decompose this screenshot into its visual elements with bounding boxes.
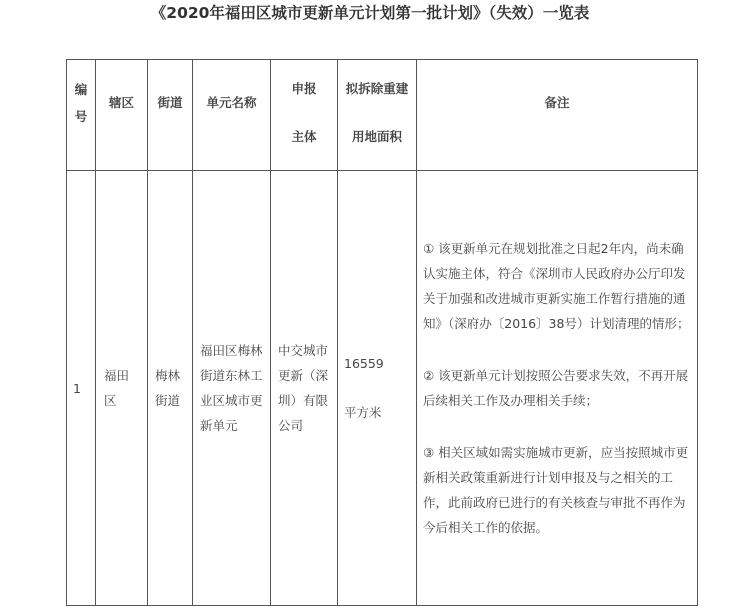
- header-unit-name-label: 单元名称: [193, 93, 270, 113]
- remark-item-2: ② 该更新单元计划按照公告要求失效，不再开展后续相关工作及办理相关手续；: [423, 363, 691, 413]
- header-remarks-label: 备注: [417, 93, 697, 113]
- cell-area: 16559 平方米: [338, 171, 417, 606]
- cell-applicant-text: 中交城市更新（深圳）有限公司: [278, 343, 328, 433]
- cell-unit-name-text: 福田区梅林街道东林工业区城市更新单元: [200, 343, 263, 433]
- header-applicant-line2: 主体: [291, 129, 316, 144]
- cell-district: 福田区: [96, 171, 148, 606]
- table-row: 1 福田区 梅林街道 福田区梅林街道东林工业区城市更新单元 中交城市更新（深圳）…: [67, 171, 698, 606]
- header-unit-name: 单元名称: [193, 60, 271, 171]
- cell-applicant: 中交城市更新（深圳）有限公司: [271, 171, 338, 606]
- cell-street-text: 梅林街道: [155, 368, 180, 408]
- table-header-row: 编号 辖区 街道 单元名称 申报 主体 拟拆除重建: [67, 60, 698, 171]
- cell-unit-name: 福田区梅林街道东林工业区城市更新单元: [193, 171, 271, 606]
- header-street-label: 街道: [148, 93, 192, 113]
- remark-item-3: ③ 相关区域如需实施城市更新，应当按照城市更新相关政策重新进行计划申报及与之相关…: [423, 440, 691, 540]
- plan-table: 编号 辖区 街道 单元名称 申报 主体 拟拆除重建: [66, 59, 698, 606]
- header-applicant: 申报 主体: [271, 60, 338, 171]
- remark-item-1: ① 该更新单元在规划批准之日起2年内，尚未确认实施主体，符合《深圳市人民政府办公…: [423, 236, 691, 336]
- header-area-line1: 拟拆除重建: [346, 81, 409, 96]
- cell-district-text: 福田区: [104, 368, 129, 408]
- page-title: 《2020年福田区城市更新单元计划第一批计划》（失效）一览表: [0, 2, 740, 24]
- header-applicant-line1: 申报: [291, 81, 316, 96]
- cell-street: 梅林街道: [148, 171, 193, 606]
- header-area: 拟拆除重建 用地面积: [338, 60, 417, 171]
- header-district: 辖区: [96, 60, 148, 171]
- header-no: 编号: [67, 60, 96, 171]
- cell-remarks: ① 该更新单元在规划批准之日起2年内，尚未确认实施主体，符合《深圳市人民政府办公…: [417, 171, 698, 606]
- cell-area-unit: 平方米: [344, 400, 410, 425]
- cell-no: 1: [67, 171, 96, 606]
- header-district-label: 辖区: [96, 93, 147, 113]
- cell-area-value: 16559: [344, 351, 410, 376]
- header-street: 街道: [148, 60, 193, 171]
- header-remarks: 备注: [417, 60, 698, 171]
- header-no-label: 编号: [74, 76, 88, 130]
- header-area-line2: 用地面积: [352, 129, 402, 144]
